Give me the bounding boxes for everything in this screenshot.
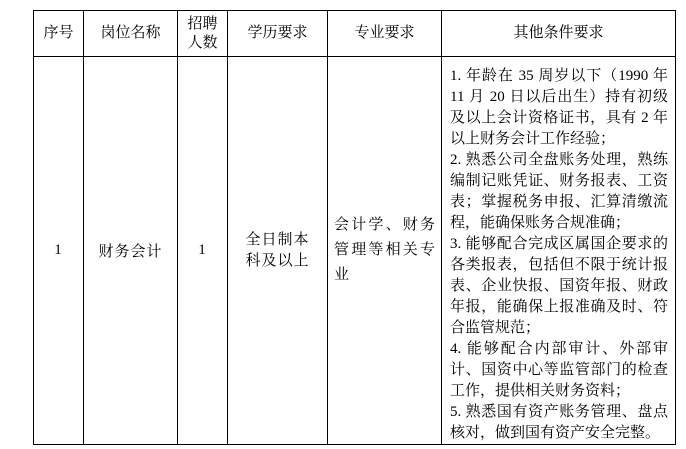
cell-major-requirement: 会计学、财务管理等相关专业	[328, 57, 442, 445]
header-row: 序号 岗位名称 招聘人数 学历要求 专业要求 其他条件要求	[34, 11, 676, 57]
header-other-requirements: 其他条件要求	[442, 11, 676, 57]
cell-education-requirement: 全日制本科及以上	[228, 57, 328, 445]
cell-seq-no: 1	[34, 57, 84, 445]
header-position-name: 岗位名称	[84, 11, 178, 57]
table-row: 1 财务会计 1 全日制本科及以上 会计学、财务管理等相关专业 1. 年龄在 3…	[34, 57, 676, 445]
requirement-item: 3. 能够配合完成区属国企要求的各类报表，包括但不限于统计报表、企业快报、国资年…	[450, 234, 668, 339]
requirement-item: 1. 年龄在 35 周岁以下（1990 年 11 月 20 日以后出生）持有初级…	[450, 66, 668, 150]
header-recruit-count: 招聘人数	[178, 11, 228, 57]
requirement-item: 5. 熟悉国有资产账务管理、盘点核对，做到国有资产安全完整。	[450, 402, 668, 444]
requirement-item: 4. 能够配合内部审计、外部审计、国资中心等监管部门的检查工作，提供相关财务资料…	[450, 339, 668, 402]
requirement-item: 2. 熟悉公司全盘账务处理，熟练编制记账凭证、财务报表、工资表；掌握税务申报、汇…	[450, 150, 668, 234]
header-seq-no: 序号	[34, 11, 84, 57]
cell-position-name: 财务会计	[84, 57, 178, 445]
header-major-requirement: 专业要求	[328, 11, 442, 57]
cell-recruit-count: 1	[178, 57, 228, 445]
cell-other-requirements: 1. 年龄在 35 周岁以下（1990 年 11 月 20 日以后出生）持有初级…	[442, 57, 676, 445]
header-education-requirement: 学历要求	[228, 11, 328, 57]
job-posting-table: 序号 岗位名称 招聘人数 学历要求 专业要求 其他条件要求 1 财务会计 1 全…	[33, 10, 676, 445]
